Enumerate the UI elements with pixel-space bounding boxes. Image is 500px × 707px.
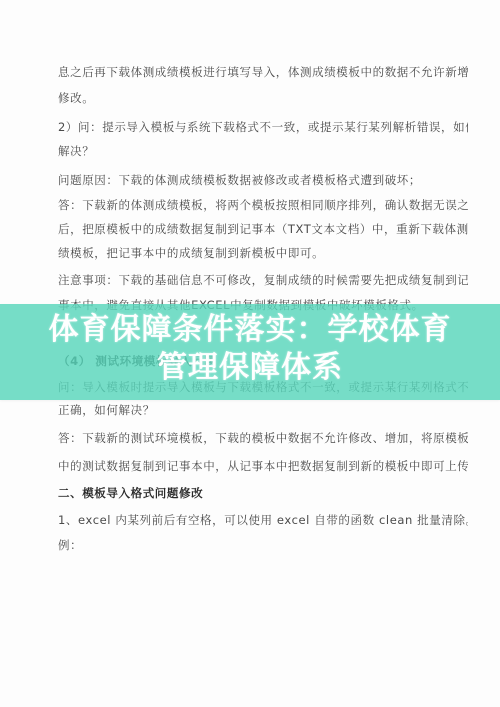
answer-text-line: 答：下载新的体测成绩模板，将两个模板按照相同顺序排列，确认数据无误之 (58, 197, 468, 213)
section-heading: 二、模板导入格式问题修改 (58, 485, 468, 501)
question-text-line: 解决？ (58, 143, 468, 159)
banner-title-line-1: 体育保障条件落实：学校体育 (0, 311, 500, 349)
banner-title-line-2: 管理保障体系 (0, 349, 500, 387)
cause-text-line: 问题原因：下载的体测成绩模板数据被修改或者模板格式遭到破坏； (58, 172, 468, 188)
note-text-line: 注意事项：下载的基础信息不可修改，复制成绩的时候需要先把成绩复制到记 (58, 272, 468, 288)
question-text-line: 正确，如何解决？ (58, 402, 468, 418)
body-text-line: 修改。 (58, 90, 468, 106)
answer-text-line: 后，把原模板中的成绩数据复制到记事本（TXT文本文档）中，重新下载体测成 (58, 221, 468, 237)
body-text-line: 例： (58, 537, 468, 553)
question-text-line: 2）问：提示导入模板与系统下载格式不一致，或提示某行某列解析错误，如何 (58, 119, 468, 135)
answer-text-line: 中的测试数据复制到记事本中，从记事本中把数据复制到新的模板中即可上传。 (58, 458, 468, 474)
body-text-line: 息之后再下载体测成绩模板进行填写导入，体测成绩模板中的数据不允许新增、 (58, 64, 468, 80)
answer-text-line: 绩模板，把记事本中的成绩复制到新模板中即可。 (58, 245, 468, 261)
answer-text-line: 答：下载新的测试环境模板，下载的模板中数据不允许修改、增加，将原模板 (58, 430, 468, 446)
body-text-line: 1、excel 内某列前后有空格，可以使用 excel 自带的函数 clean … (58, 512, 468, 528)
banner-title: 体育保障条件落实：学校体育 管理保障体系 (0, 311, 500, 387)
